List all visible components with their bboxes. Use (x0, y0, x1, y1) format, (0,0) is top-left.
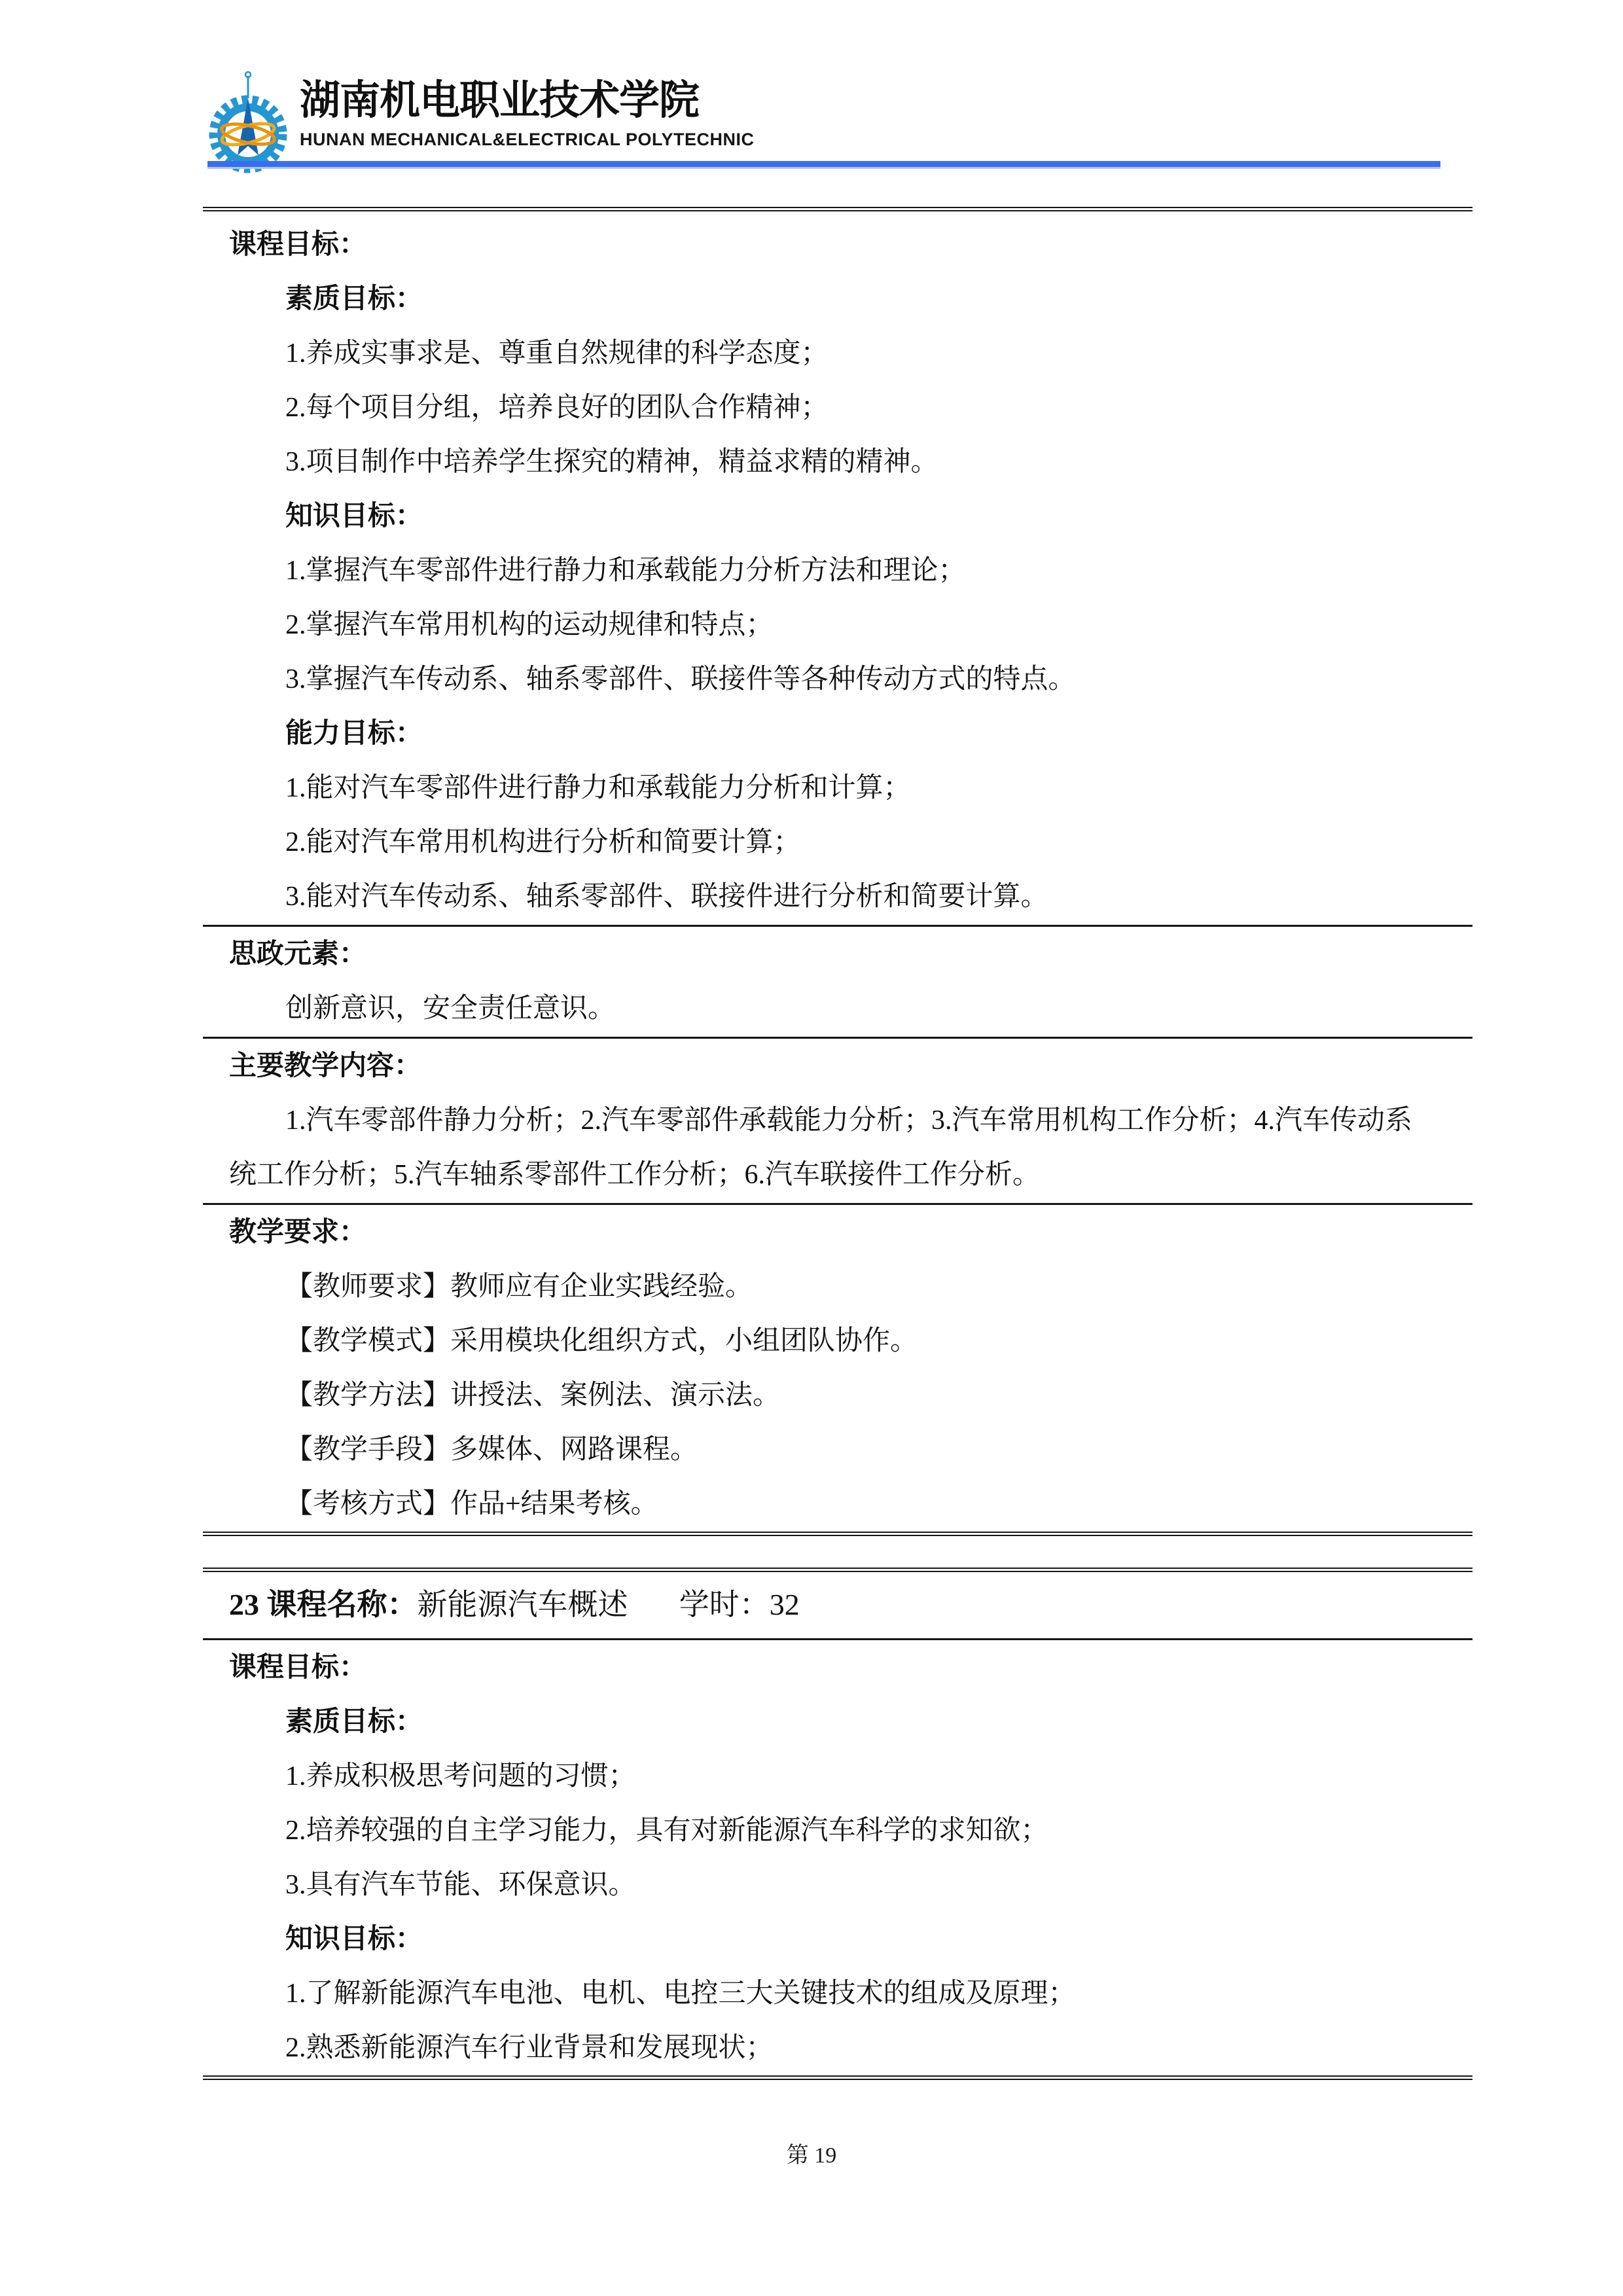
knowledge-goal-item: 1.了解新能源汽车电池、电机、电控三大关键技术的组成及原理； (203, 1967, 1472, 2021)
quality-goal-item: 3.项目制作中培养学生探究的精神，精益求精的精神。 (203, 435, 1472, 490)
ability-goal-item: 1.能对汽车零部件进行静力和承载能力分析和计算； (203, 761, 1472, 816)
ability-goal-item: 3.能对汽车传动系、轴系零部件、联接件进行分析和简要计算。 (203, 870, 1472, 924)
section-divider (203, 1638, 1472, 1640)
header-divider (203, 207, 1472, 211)
knowledge-goals-heading: 知识目标： (203, 1912, 1472, 1967)
teaching-content-paragraph: 1.汽车零部件静力分析；2.汽车零部件承载能力分析；3.汽车常用机构工作分析；4… (203, 1094, 1472, 1202)
page-bottom-divider (203, 2075, 1472, 2080)
section-divider (203, 1037, 1472, 1039)
quality-goal-item: 2.每个项目分组，培养良好的团队合作精神； (203, 381, 1472, 435)
course-number-label: 23 课程名称： (229, 1588, 418, 1621)
block-start-divider (203, 1568, 1472, 1572)
block-gap (203, 1536, 1472, 1568)
section-divider (203, 1203, 1472, 1205)
quality-goal-item: 1.养成积极思考问题的习惯； (203, 1749, 1472, 1804)
quality-goals-heading: 素质目标： (203, 1695, 1472, 1749)
quality-goal-item: 3.具有汽车节能、环保意识。 (203, 1858, 1472, 1912)
objectives-heading: 课程目标： (203, 1641, 1472, 1695)
requirement-item: 【教学方法】讲授法、案例法、演示法。 (203, 1369, 1472, 1423)
ideology-heading: 思政元素： (203, 927, 1472, 982)
teaching-content-heading: 主要教学内容： (203, 1039, 1472, 1094)
requirement-item: 【考核方式】作品+结果考核。 (203, 1477, 1472, 1532)
knowledge-goal-item: 1.掌握汽车零部件进行静力和承载能力分析方法和理论； (203, 544, 1472, 598)
knowledge-goals-heading: 知识目标： (203, 490, 1472, 544)
course-title: 新能源汽车概述 (418, 1588, 628, 1621)
document-content: 课程目标： 素质目标： 1.养成实事求是、尊重自然规律的科学态度； 2.每个项目… (203, 218, 1472, 2080)
block-end-divider (203, 1532, 1472, 1536)
page-number: 第 19 (787, 2144, 837, 2168)
quality-goal-item: 2.培养较强的自主学习能力，具有对新能源汽车科学的求知欲； (203, 1804, 1472, 1858)
section-divider (203, 925, 1472, 927)
school-name-en: HUNAN MECHANICAL&ELECTRICAL POLYTECHNIC (300, 128, 755, 151)
knowledge-goal-item: 3.掌握汽车传动系、轴系零部件、联接件等各种传动方式的特点。 (203, 653, 1472, 707)
requirement-item: 【教师要求】教师应有企业实践经验。 (203, 1260, 1472, 1314)
header-accent-bar (207, 161, 1440, 169)
quality-goals-heading: 素质目标： (203, 272, 1472, 327)
teaching-requirements-heading: 教学要求： (203, 1206, 1472, 1260)
page-footer: 第 19 (0, 2142, 1623, 2170)
quality-goal-item: 1.养成实事求是、尊重自然规律的科学态度； (203, 327, 1472, 381)
requirement-item: 【教学手段】多媒体、网路课程。 (203, 1423, 1472, 1477)
course-title-line: 23 课程名称：新能源汽车概述学时：32 (203, 1572, 1472, 1638)
knowledge-goal-item: 2.熟悉新能源汽车行业背景和发展现状； (203, 2021, 1472, 2075)
course-hours: 学时：32 (679, 1588, 800, 1621)
ability-goal-item: 2.能对汽车常用机构进行分析和简要计算； (203, 816, 1472, 870)
page-header: 湖南机电职业技术学院 HUNAN MECHANICAL&ELECTRICAL P… (300, 73, 755, 151)
objectives-heading: 课程目标： (203, 218, 1472, 272)
school-name: 湖南机电职业技术学院 (300, 73, 755, 128)
ability-goals-heading: 能力目标： (203, 707, 1472, 761)
requirement-item: 【教学模式】采用模块化组织方式，小组团队协作。 (203, 1314, 1472, 1369)
ideology-text: 创新意识，安全责任意识。 (203, 982, 1472, 1036)
document-page: 湖南机电职业技术学院 HUNAN MECHANICAL&ELECTRICAL P… (0, 0, 1623, 2296)
knowledge-goal-item: 2.掌握汽车常用机构的运动规律和特点； (203, 598, 1472, 653)
